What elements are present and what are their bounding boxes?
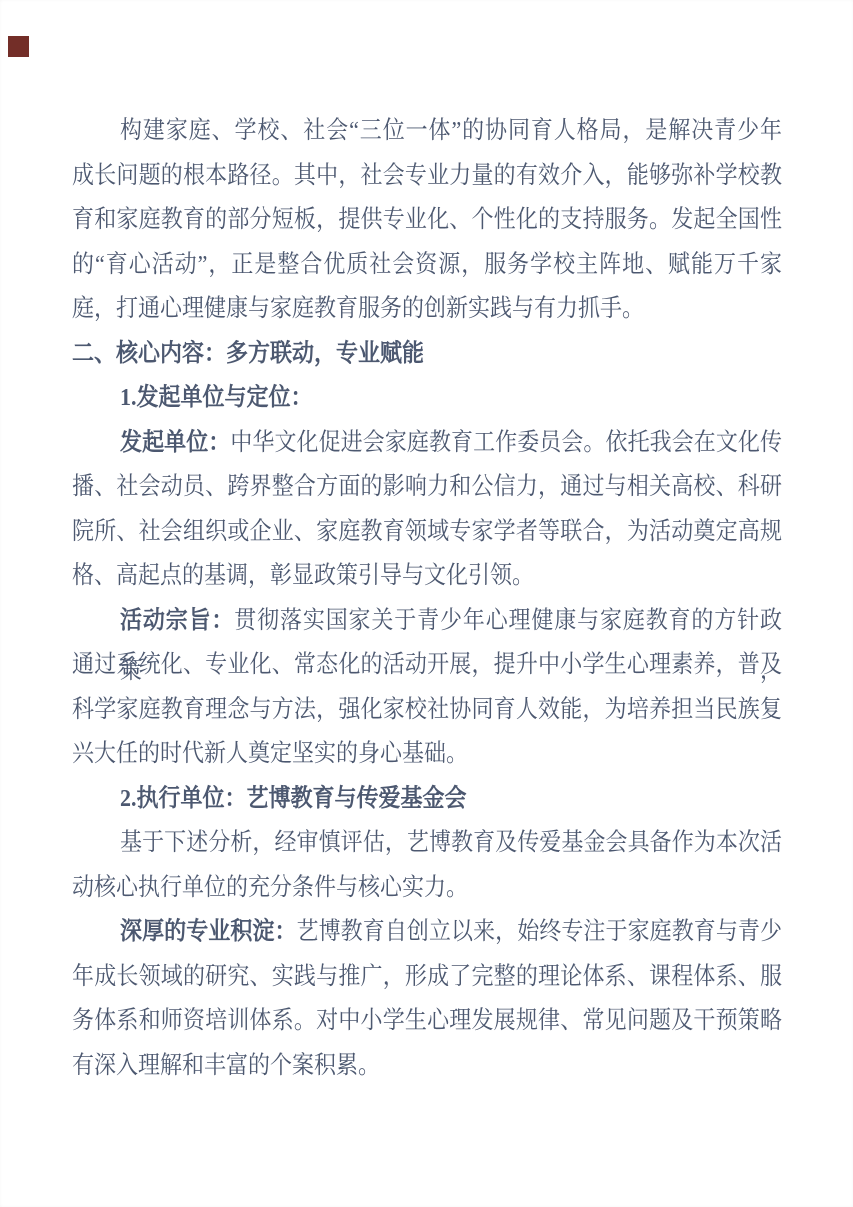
- text-run: 科学家庭教育理念与方法，强化家校社协同育人效能，为培养担当民族复: [72, 694, 782, 722]
- text-run: 基于下述分析，经审慎评估，艺博教育及传爱基金会具备作为本次活: [120, 827, 782, 855]
- text-run: 兴大任的时代新人奠定坚实的身心基础。: [72, 738, 468, 766]
- paragraph-line: 院所、社会组织或企业、家庭教育领域专家学者等联合，为活动奠定高规: [72, 506, 782, 556]
- text-run: 的“育心活动”，正是整合优质社会资源，服务学校主阵地、赋能万千家: [72, 249, 782, 277]
- text-run: 有深入理解和丰富的个案积累。: [72, 1050, 380, 1078]
- red-stamp-mark: [8, 36, 29, 57]
- paragraph-line: 播、社会动员、跨界整合方面的影响力和公信力，通过与相关高校、科研: [72, 461, 782, 511]
- paragraph-line: 务体系和师资培训体系。对中小学生心理发展规律、常见问题及干预策略: [72, 995, 782, 1045]
- text-run: 格、高起点的基调，彰显政策引导与文化引领。: [72, 560, 534, 588]
- paragraph-line: 科学家庭教育理念与方法，强化家校社协同育人效能，为培养担当民族复: [72, 684, 782, 734]
- bold-text-run: 1.发起单位与定位：: [120, 382, 313, 410]
- text-run: 院所、社会组织或企业、家庭教育领域专家学者等联合，为活动奠定高规: [72, 516, 782, 544]
- paragraph-line: 深厚的专业积淀：艺博教育自创立以来，始终专注于家庭教育与青少: [72, 906, 782, 956]
- paragraph-line: 年成长领域的研究、实践与推广，形成了完整的理论体系、课程体系、服: [72, 951, 782, 1001]
- paragraph-line: 成长问题的根本路径。其中，社会专业力量的有效介入，能够弥补学校教: [72, 150, 782, 200]
- document-page: 构建家庭、学校、社会“三位一体”的协同育人格局，是解决青少年成长问题的根本路径。…: [0, 0, 853, 1207]
- paragraph-line: 活动宗旨：贯彻落实国家关于青少年心理健康与家庭教育的方针政策，: [72, 595, 782, 645]
- heading-line: 2.执行单位：艺博教育与传爱基金会: [72, 773, 782, 823]
- text-run: 务体系和师资培训体系。对中小学生心理发展规律、常见问题及干预策略: [72, 1005, 782, 1033]
- paragraph-line: 兴大任的时代新人奠定坚实的身心基础。: [72, 728, 782, 778]
- text-run: 构建家庭、学校、社会“三位一体”的协同育人格局，是解决青少年: [120, 115, 782, 143]
- text-run: 成长问题的根本路径。其中，社会专业力量的有效介入，能够弥补学校教: [72, 160, 782, 188]
- bold-text-run: 二、核心内容：多方联动，专业赋能: [72, 338, 424, 366]
- bold-text-run: 发起单位：: [120, 427, 230, 455]
- heading-line: 1.发起单位与定位：: [72, 372, 782, 422]
- bold-text-run: 活动宗旨：: [120, 605, 234, 633]
- text-run: 年成长领域的研究、实践与推广，形成了完整的理论体系、课程体系、服: [72, 961, 782, 989]
- paragraph-line: 庭，打通心理健康与家庭教育服务的创新实践与有力抓手。: [72, 283, 782, 333]
- text-run: 育和家庭教育的部分短板，提供专业化、个性化的支持服务。发起全国性: [72, 204, 782, 232]
- paragraph-line: 通过系统化、专业化、常态化的活动开展，提升中小学生心理素养，普及: [72, 639, 782, 689]
- text-run: 艺博教育自创立以来，始终专注于家庭教育与青少: [297, 916, 782, 944]
- paragraph-line: 基于下述分析，经审慎评估，艺博教育及传爱基金会具备作为本次活: [72, 817, 782, 867]
- text-run: 庭，打通心理健康与家庭教育服务的创新实践与有力抓手。: [72, 293, 644, 321]
- paragraph-line: 发起单位：中华文化促进会家庭教育工作委员会。依托我会在文化传: [72, 417, 782, 467]
- bold-text-run: 2.执行单位：艺博教育与传爱基金会: [120, 783, 467, 811]
- text-run: 通过系统化、专业化、常态化的活动开展，提升中小学生心理素养，普及: [72, 649, 782, 677]
- paragraph-line: 动核心执行单位的充分条件与核心实力。: [72, 862, 782, 912]
- paragraph-line: 的“育心活动”，正是整合优质社会资源，服务学校主阵地、赋能万千家: [72, 239, 782, 289]
- text-run: 中华文化促进会家庭教育工作委员会。依托我会在文化传: [230, 427, 782, 455]
- paragraph-line: 有深入理解和丰富的个案积累。: [72, 1040, 782, 1090]
- paragraph-line: 构建家庭、学校、社会“三位一体”的协同育人格局，是解决青少年: [72, 105, 782, 155]
- bold-text-run: 深厚的专业积淀：: [120, 916, 297, 944]
- document-body: 构建家庭、学校、社会“三位一体”的协同育人格局，是解决青少年成长问题的根本路径。…: [72, 108, 782, 1087]
- paragraph-line: 格、高起点的基调，彰显政策引导与文化引领。: [72, 550, 782, 600]
- text-run: 播、社会动员、跨界整合方面的影响力和公信力，通过与相关高校、科研: [72, 471, 782, 499]
- text-run: 动核心执行单位的充分条件与核心实力。: [72, 872, 468, 900]
- paragraph-line: 育和家庭教育的部分短板，提供专业化、个性化的支持服务。发起全国性: [72, 194, 782, 244]
- heading-line: 二、核心内容：多方联动，专业赋能: [72, 328, 782, 378]
